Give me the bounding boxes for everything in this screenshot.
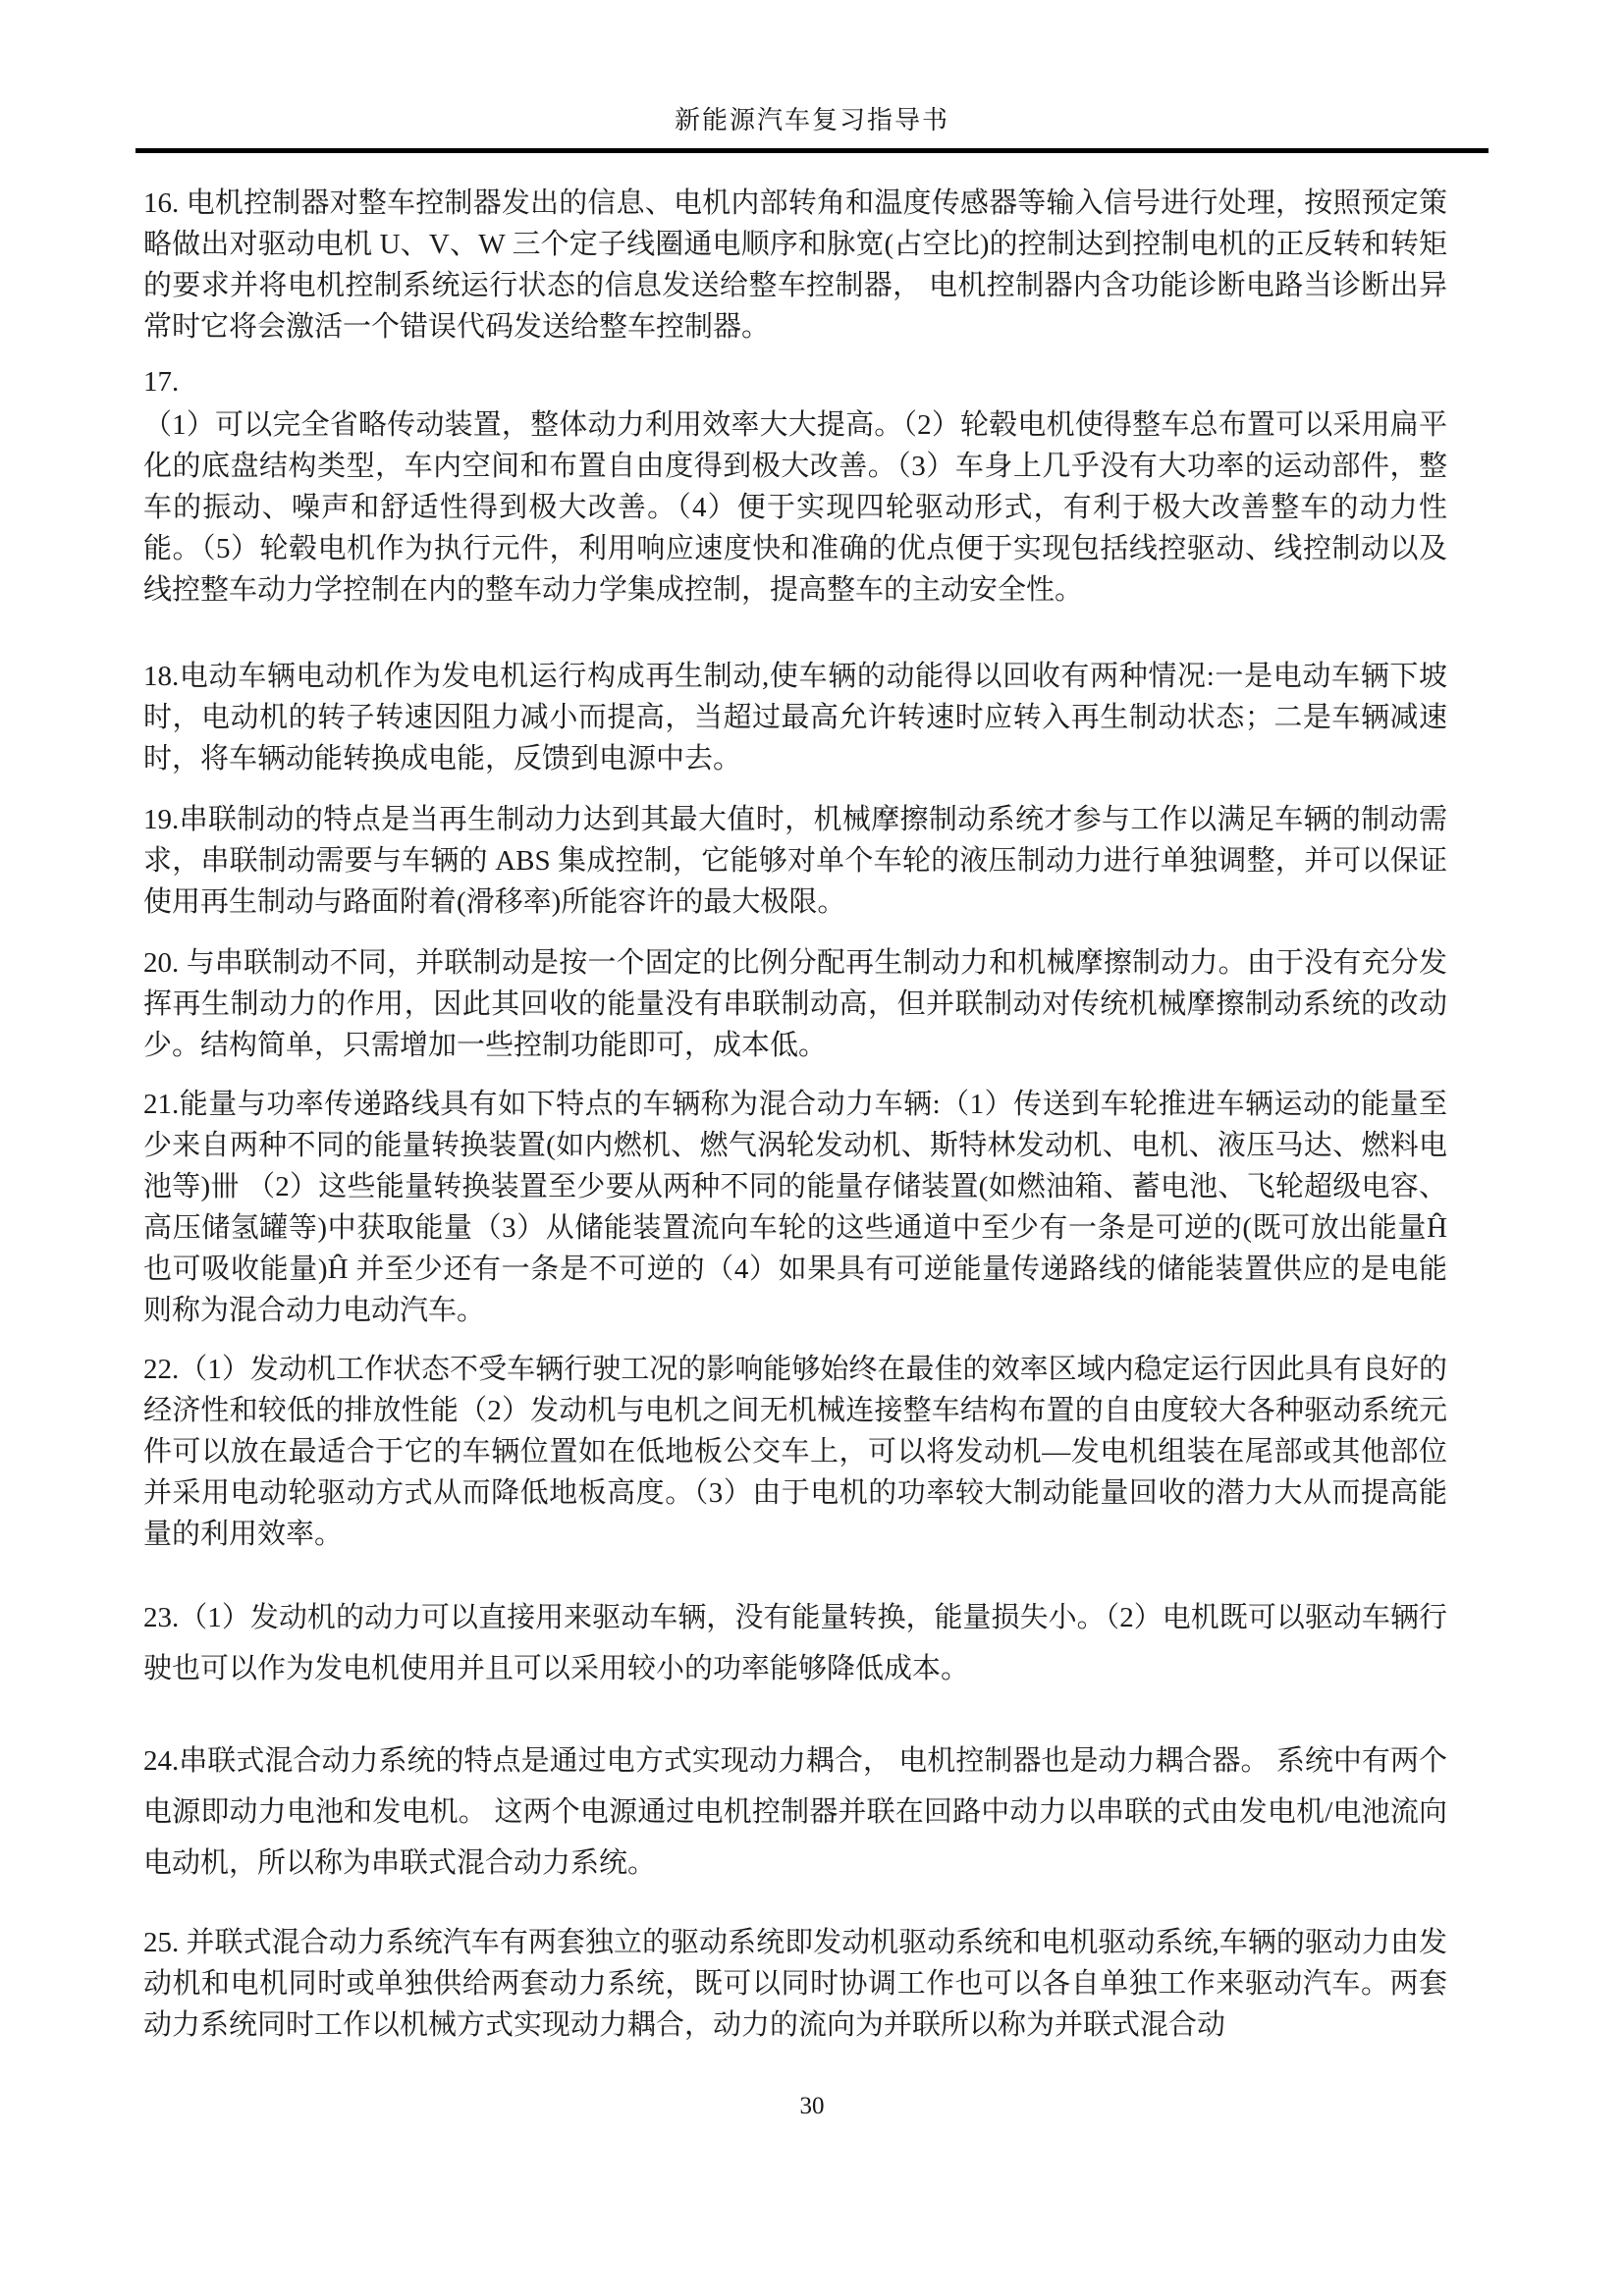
document-page: 新能源汽车复习指导书 16. 电机控制器对整车控制器发出的信息、电机内部转角和温… — [0, 0, 1624, 2296]
paragraph-16: 16. 电机控制器对整车控制器发出的信息、电机内部转角和温度传感器等输入信号进行… — [143, 183, 1447, 347]
paragraph-20: 20. 与串联制动不同，并联制动是按一个固定的比例分配再生制动力和机械摩擦制动力… — [143, 942, 1447, 1066]
paragraph-19: 19.串联制动的特点是当再生制动力达到其最大值时，机械摩擦制动系统才参与工作以满… — [143, 799, 1447, 923]
page-footer: 30 — [0, 2093, 1624, 2120]
paragraph-23: 23.（1）发动机的动力可以直接用来驱动车辆，没有能量转换，能量损失小。（2）电… — [143, 1592, 1447, 1694]
paragraph-17: （1）可以完全省略传动装置，整体动力利用效率大大提高。（2）轮毂电机使得整车总布… — [143, 404, 1447, 611]
paragraph-17-number: 17. — [143, 361, 1447, 402]
paragraph-25: 25. 并联式混合动力系统汽车有两套独立的驱动系统即发动机驱动系统和电机驱动系统… — [143, 1922, 1447, 2046]
page-number: 30 — [800, 2093, 825, 2119]
paragraph-21: 21.能量与功率传递路线具有如下特点的车辆称为混合动力车辆:（1）传送到车轮推进… — [143, 1084, 1447, 1331]
page-header: 新能源汽车复习指导书 — [0, 0, 1624, 153]
paragraph-24: 24.串联式混合动力系统的特点是通过电方式实现动力耦合， 电机控制器也是动力耦合… — [143, 1735, 1447, 1889]
paragraph-18: 18.电动车辆电动机作为发电机运行构成再生制动,使车辆的动能得以回收有两种情况:… — [143, 656, 1447, 779]
paragraph-22: 22.（1）发动机工作状态不受车辆行驶工况的影响能够始终在最佳的效率区域内稳定运… — [143, 1349, 1447, 1555]
document-title: 新能源汽车复习指导书 — [0, 104, 1624, 137]
header-rule — [135, 148, 1489, 153]
document-body: 16. 电机控制器对整车控制器发出的信息、电机内部转角和温度传感器等输入信号进行… — [143, 183, 1447, 2046]
